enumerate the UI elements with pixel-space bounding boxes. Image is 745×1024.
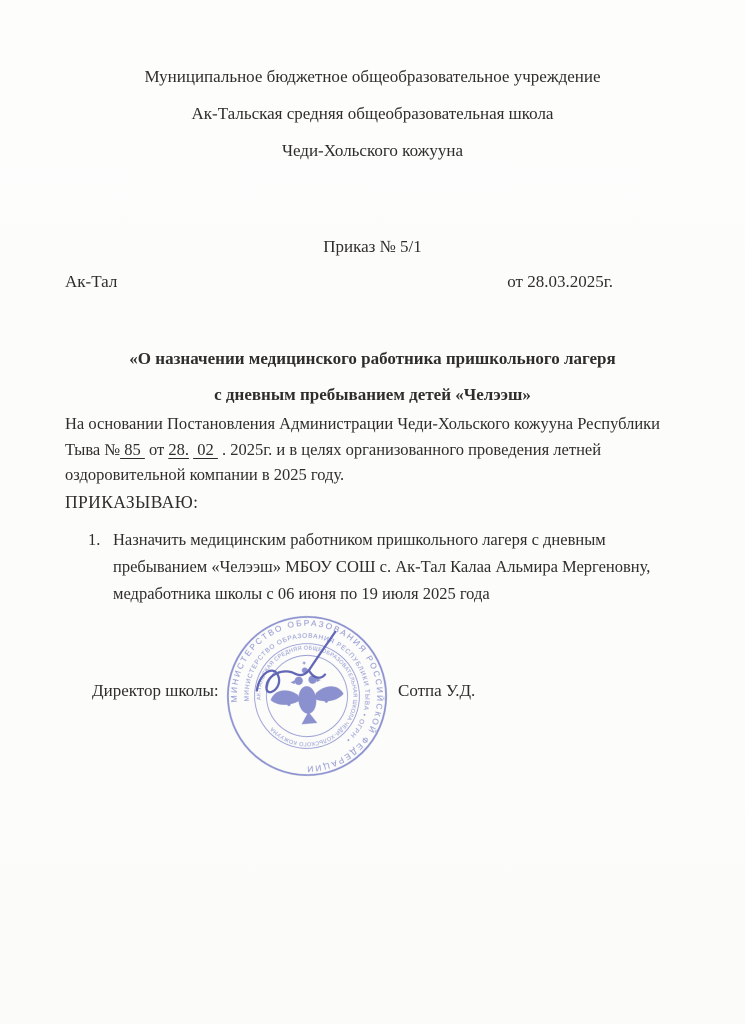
order-subject-line1: «О назначении медицинского работника при… — [0, 341, 745, 377]
list-item-text: Назначить медицинским работником пришкол… — [113, 526, 685, 607]
order-number-title: Приказ № 5/1 — [0, 237, 745, 257]
official-round-stamp: МИНИСТЕРСТВО ОБРАЗОВАНИЯ РОССИЙСКОЙ ФЕДЕ… — [211, 600, 404, 793]
organization-name-line1: Муниципальное бюджетное общеобразователь… — [0, 58, 745, 95]
scanned-order-document: Муниципальное бюджетное общеобразователь… — [0, 0, 745, 1024]
order-subject: «О назначении медицинского работника при… — [0, 341, 745, 413]
order-subject-line2: с дневным пребыванием детей «Челээш» — [0, 377, 745, 413]
signature-role-label: Директор школы: — [92, 681, 219, 701]
list-item: 1. Назначить медицинским работником приш… — [88, 526, 685, 607]
stamp-graphic: МИНИСТЕРСТВО ОБРАЗОВАНИЯ РОССИЙСКОЙ ФЕДЕ… — [211, 600, 404, 793]
organization-header: Муниципальное бюджетное общеобразователь… — [0, 58, 745, 169]
organization-name-line3: Чеди-Хольского кожууна — [0, 132, 745, 169]
order-place: Ак-Тал — [65, 272, 117, 292]
order-month-blank: 02 — [193, 440, 218, 459]
order-items-list: 1. Назначить медицинским работником приш… — [88, 526, 685, 607]
order-number-blank: 85 — [120, 440, 145, 459]
order-preamble: На основании Постановления Администрации… — [65, 411, 690, 488]
stamp-ink-group: МИНИСТЕРСТВО ОБРАЗОВАНИЯ РОССИЙСКОЙ ФЕДЕ… — [221, 610, 392, 781]
signatory-name: Сотпа У.Д. — [398, 681, 475, 701]
directive-heading: ПРИКАЗЫВАЮ: — [65, 492, 198, 513]
double-headed-eagle-emblem — [268, 658, 346, 726]
list-item-number: 1. — [88, 526, 113, 553]
order-day-blank: 28. — [168, 440, 189, 459]
place-date-row: Ак-Тал от 28.03.2025г. — [65, 272, 613, 292]
preamble-text: от — [145, 440, 169, 459]
order-date: от 28.03.2025г. — [507, 272, 613, 292]
organization-name-line2: Ак-Тальская средняя общеобразовательная … — [0, 95, 745, 132]
